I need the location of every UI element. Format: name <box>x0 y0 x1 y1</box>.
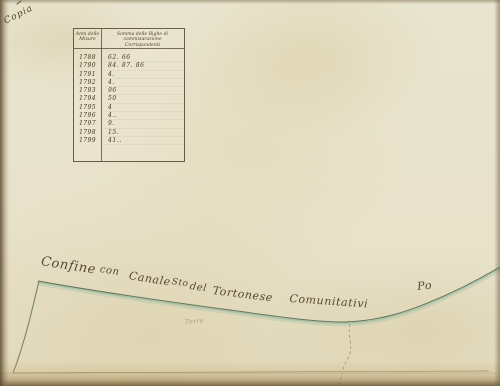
header-col1-line2: Misure <box>74 37 101 42</box>
value-cell: 4. <box>101 71 184 79</box>
inscription-word-po: Po <box>417 279 433 293</box>
inscription-word-con: con <box>99 264 120 278</box>
table-row: 1793 96 <box>74 87 184 95</box>
paper-edge-bottom <box>0 372 500 386</box>
year-cell: 1796 <box>74 112 101 120</box>
table-header-col2: Somma delle Righe di commisurazione Corr… <box>101 29 184 48</box>
inscription-word-comunitativi: Comunitativi <box>289 292 369 310</box>
table-row: 1792 4. <box>74 79 184 87</box>
paper-edge-right <box>494 0 500 386</box>
year-cell: 1791 <box>74 71 101 79</box>
value-cell: 41.. <box>101 137 184 145</box>
table-row: 1799 41.. <box>74 137 184 145</box>
value-cell: 84. 87. 86 <box>101 62 184 70</box>
year-cell: 1792 <box>74 79 101 87</box>
year-cell: 1795 <box>74 104 101 112</box>
table-header: Anni delle Misure Somma delle Righe di c… <box>74 29 184 48</box>
table-body: 1788 62. 66 1790 84. 87. 86 1791 4. 1792… <box>74 54 184 145</box>
year-cell: 1797 <box>74 120 101 128</box>
value-cell: 15. <box>101 129 184 137</box>
inscription-word-del: del <box>189 281 208 294</box>
table-row: 1798 15. <box>74 129 184 137</box>
table-row: 1788 62. 66 <box>74 54 184 62</box>
header-col2-line1: Somma delle Righe di commisurazione <box>104 32 181 43</box>
table-row: 1790 84. 87. 86 <box>74 62 184 70</box>
table-row: 1795 4 <box>74 104 184 112</box>
value-cell: 4. <box>101 79 184 87</box>
value-cell: 50 <box>101 95 184 103</box>
map-document: Copia Anni delle Misure Somma delle Righ… <box>0 0 500 386</box>
year-cell: 1790 <box>74 62 101 70</box>
header-col2-line2: Corrispondenti <box>104 43 181 48</box>
value-cell: 9. <box>101 120 184 128</box>
inscription-word-confine: Confine <box>40 254 97 277</box>
year-cell: 1793 <box>74 87 101 95</box>
value-cell: 96 <box>101 87 184 95</box>
table-header-col1: Anni delle Misure <box>74 29 101 48</box>
value-cell: 4 <box>101 104 184 112</box>
faint-place-label: Torre <box>185 317 204 325</box>
value-cell: 4.. <box>101 112 184 120</box>
measurement-table: Anni delle Misure Somma delle Righe di c… <box>73 28 185 162</box>
paper-edge-left <box>0 0 9 386</box>
year-cell: 1794 <box>74 95 101 103</box>
inscription-word-canale: Canale <box>128 269 172 288</box>
table-row: 1791 4. <box>74 71 184 79</box>
table-row: 1794 50 <box>74 95 184 103</box>
inscription-word-tortonese: Tortonese <box>212 284 274 304</box>
year-cell: 1799 <box>74 137 101 145</box>
value-cell: 62. 66 <box>101 54 184 62</box>
inscription-word-sto: Sto <box>171 277 189 289</box>
year-cell: 1788 <box>74 54 101 62</box>
table-row: 1796 4.. <box>74 112 184 120</box>
year-cell: 1798 <box>74 129 101 137</box>
table-row: 1797 9. <box>74 120 184 128</box>
paper-edge-top <box>0 0 500 4</box>
